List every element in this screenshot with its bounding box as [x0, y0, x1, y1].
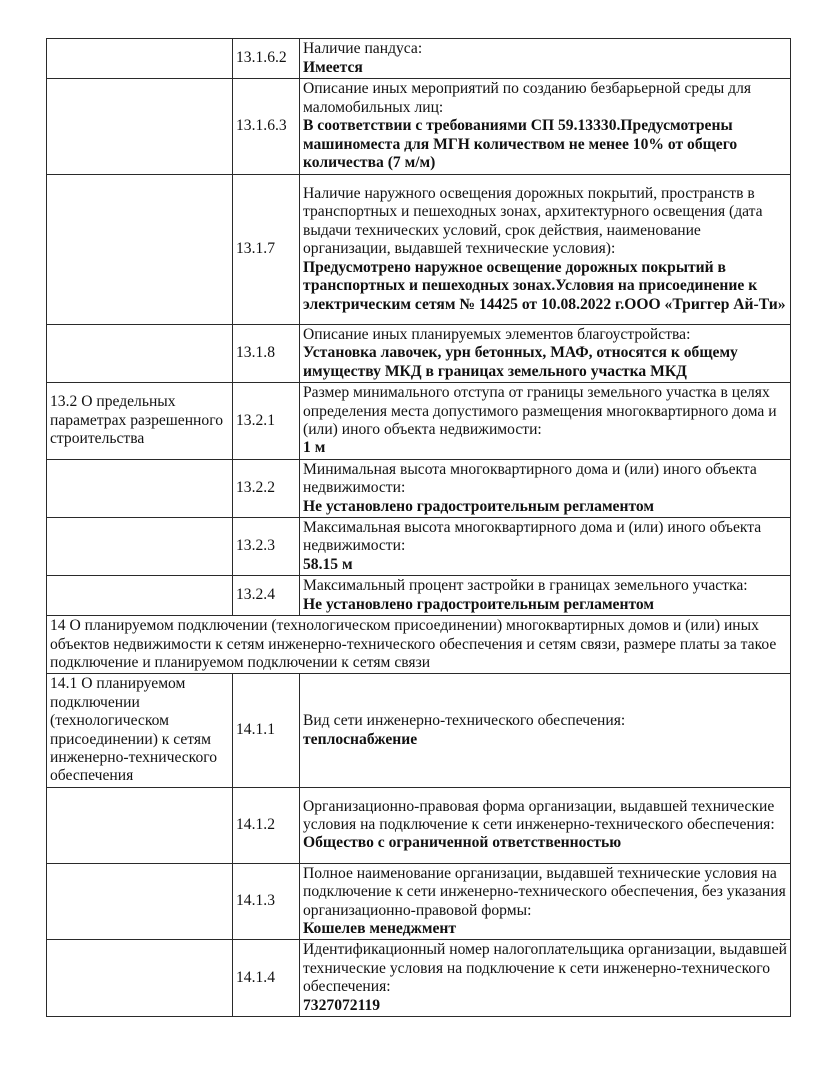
item-value: 58.15 м	[303, 556, 787, 574]
section-cell	[47, 325, 233, 383]
table-row: 13.1.6.2Наличие пандуса:Имеется	[47, 39, 791, 79]
item-number: 14.1.2	[233, 787, 300, 863]
section-cell	[47, 940, 233, 1017]
item-number: 13.1.6.2	[233, 39, 300, 79]
item-value: Общество с ограниченной ответственностью	[303, 834, 787, 852]
table-row: 13.2.3Максимальная высота многоквартирно…	[47, 518, 791, 576]
item-number: 13.1.7	[233, 175, 300, 325]
section-cell	[47, 39, 233, 79]
item-value: Установка лавочек, урн бетонных, МАФ, от…	[303, 344, 787, 381]
table-row: 13.2.2Минимальная высота многоквартирног…	[47, 459, 791, 517]
table-row: 14.1.2Организационно-правовая форма орга…	[47, 787, 791, 863]
item-number: 13.2.4	[233, 576, 300, 616]
section-cell	[47, 576, 233, 616]
item-content: Размер минимального отступа от границы з…	[300, 383, 791, 460]
table-row: 13.1.6.3Описание иных мероприятий по соз…	[47, 79, 791, 175]
item-content: Максимальная высота многоквартирного дом…	[300, 518, 791, 576]
item-label: Максимальный процент застройки в граница…	[303, 577, 787, 595]
section-cell: 13.2 О предельных параметрах разрешенног…	[47, 383, 233, 460]
item-value: Не установлено градостроительным регламе…	[303, 498, 787, 516]
section-cell	[47, 79, 233, 175]
item-number: 14.1.4	[233, 940, 300, 1017]
table-row: 14.1.4Идентификационный номер налогоплат…	[47, 940, 791, 1017]
item-value: Не установлено градостроительным регламе…	[303, 596, 787, 614]
section-cell	[47, 787, 233, 863]
table-row: 13.1.7Наличие наружного освещения дорожн…	[47, 175, 791, 325]
item-number: 13.1.8	[233, 325, 300, 383]
item-value: В соответствии с требованиями СП 59.1333…	[303, 117, 787, 172]
item-label: Идентификационный номер налогоплательщик…	[303, 941, 787, 996]
section-cell	[47, 175, 233, 325]
table-row: 14.1.3Полное наименование организации, в…	[47, 863, 791, 940]
item-label: Описание иных планируемых элементов благ…	[303, 326, 787, 344]
item-label: Наличие наружного освещения дорожных пок…	[303, 185, 787, 259]
item-label: Максимальная высота многоквартирного дом…	[303, 519, 787, 556]
section-cell	[47, 459, 233, 517]
table-row: 14.1 О планируемом подключении (технолог…	[47, 674, 791, 787]
item-value: 7327072119	[303, 997, 787, 1015]
item-value: теплоснабжение	[303, 731, 787, 749]
item-label: Полное наименование организации, выдавше…	[303, 865, 787, 920]
section-14-heading: 14 О планируемом подключении (технологич…	[47, 616, 791, 674]
item-content: Максимальный процент застройки в граница…	[300, 576, 791, 616]
item-label: Минимальная высота многоквартирного дома…	[303, 461, 787, 498]
item-label: Описание иных мероприятий по созданию бе…	[303, 80, 787, 117]
item-value: Имеется	[303, 59, 787, 77]
item-number: 13.2.2	[233, 459, 300, 517]
table-row: 13.2.4Максимальный процент застройки в г…	[47, 576, 791, 616]
section-cell	[47, 863, 233, 940]
disclosure-table: 13.1.6.2Наличие пандуса:Имеется13.1.6.3О…	[46, 38, 791, 1017]
section-14-heading-row: 14 О планируемом подключении (технологич…	[47, 616, 791, 674]
item-content: Наличие наружного освещения дорожных пок…	[300, 175, 791, 325]
item-value: Кошелев менеджмент	[303, 920, 787, 938]
section-cell	[47, 518, 233, 576]
item-content: Вид сети инженерно-технического обеспече…	[300, 674, 791, 787]
item-value: Предусмотрено наружное освещение дорожны…	[303, 259, 787, 314]
item-value: 1 м	[303, 439, 787, 457]
item-number: 13.1.6.3	[233, 79, 300, 175]
item-label: Размер минимального отступа от границы з…	[303, 384, 787, 439]
item-content: Идентификационный номер налогоплательщик…	[300, 940, 791, 1017]
item-content: Организационно-правовая форма организаци…	[300, 787, 791, 863]
table-row: 13.2 О предельных параметрах разрешенног…	[47, 383, 791, 460]
item-label: Организационно-правовая форма организаци…	[303, 798, 787, 835]
item-content: Полное наименование организации, выдавше…	[300, 863, 791, 940]
item-label: Вид сети инженерно-технического обеспече…	[303, 712, 787, 730]
item-content: Описание иных планируемых элементов благ…	[300, 325, 791, 383]
item-number: 14.1.3	[233, 863, 300, 940]
item-number: 14.1.1	[233, 674, 300, 787]
item-content: Описание иных мероприятий по созданию бе…	[300, 79, 791, 175]
item-label: Наличие пандуса:	[303, 40, 787, 58]
item-number: 13.2.1	[233, 383, 300, 460]
item-content: Наличие пандуса:Имеется	[300, 39, 791, 79]
table-row: 13.1.8Описание иных планируемых элементо…	[47, 325, 791, 383]
item-number: 13.2.3	[233, 518, 300, 576]
item-content: Минимальная высота многоквартирного дома…	[300, 459, 791, 517]
section-cell: 14.1 О планируемом подключении (технолог…	[47, 674, 233, 787]
